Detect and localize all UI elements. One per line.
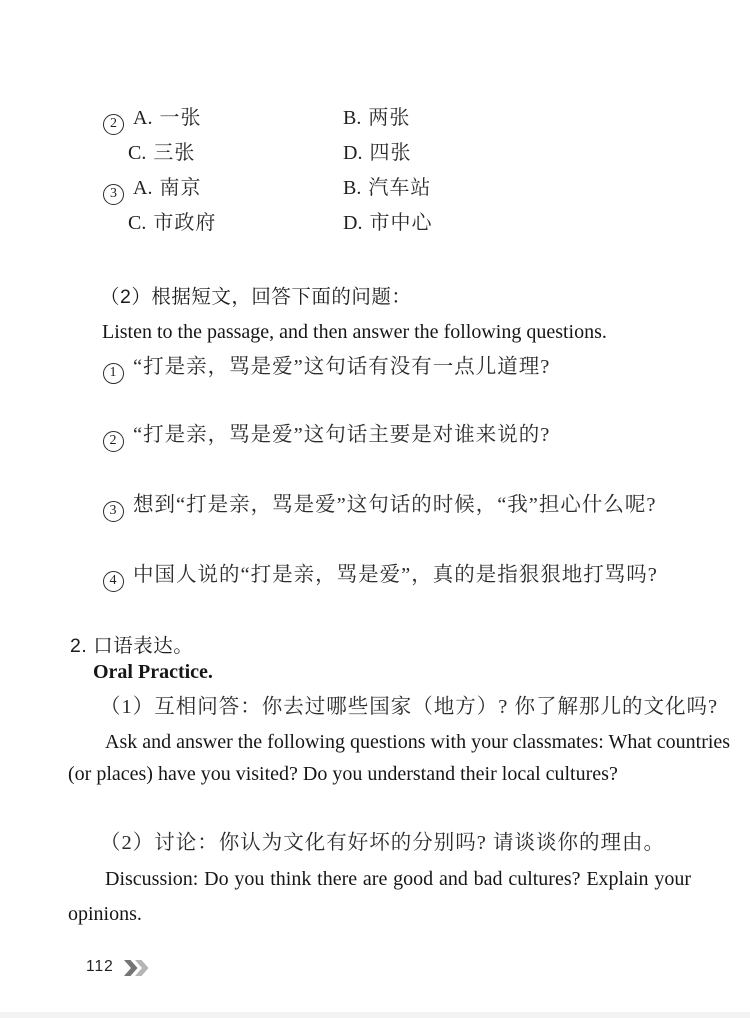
circled-number-text: 3 xyxy=(110,187,117,201)
choice-cell-q3-d: D.市中心 xyxy=(343,210,432,236)
circled-number-1: 1 xyxy=(103,363,124,384)
oral-section-heading: 2. 口语表达。 xyxy=(70,634,193,658)
option-label: D. xyxy=(343,212,362,234)
textbook-page: 2A.一张 B.两张 C.三张 D.四张 3A.南京 B.汽车站 C.市政府 D… xyxy=(0,0,750,1018)
option-text: 南京 xyxy=(159,177,201,199)
option-text: 市中心 xyxy=(369,212,432,234)
choice-cell-q2-d: D.四张 xyxy=(343,140,411,166)
question-text: 想到“打是亲，骂是爱”这句话的时候，“我”担心什么呢? xyxy=(133,494,657,516)
option-label: B. xyxy=(343,177,361,199)
choice-cell-q2-c: C.三张 xyxy=(128,140,195,166)
option-text: 三张 xyxy=(153,142,195,164)
choice-row-q3-ab: 3A.南京 xyxy=(103,175,201,205)
choice-cell-q3-b: B.汽车站 xyxy=(343,175,431,201)
page-bottom-edge xyxy=(0,1012,750,1018)
question-text: “打是亲，骂是爱”这句话主要是对谁来说的? xyxy=(133,424,550,446)
oral-task1-cn: （1）互相问答：你去过哪些国家（地方）? 你了解那儿的文化吗? xyxy=(100,694,718,720)
oral-task2-cn: （2）讨论：你认为文化有好坏的分别吗? 请谈谈你的理由。 xyxy=(100,830,665,856)
option-label: B. xyxy=(343,107,361,129)
option-label: C. xyxy=(128,212,146,234)
option-text: 两张 xyxy=(368,107,410,129)
choice-cell-q2-b: B.两张 xyxy=(343,105,410,131)
section-title-cn: 口语表达。 xyxy=(93,635,193,657)
page-number: 112 xyxy=(86,958,114,976)
option-label: D. xyxy=(343,142,362,164)
circled-number-text: 2 xyxy=(110,434,118,448)
oral-task1-en-line1: Ask and answer the following questions w… xyxy=(105,730,691,755)
circled-number-3: 3 xyxy=(103,184,124,205)
option-text: 汽车站 xyxy=(368,177,431,199)
oral-task1-en-line2: (or places) have you visited? Do you und… xyxy=(68,762,618,787)
choice-row-q2-ab: 2A.一张 xyxy=(103,105,201,135)
oral-task2-en-line1: Discussion: Do you think there are good … xyxy=(105,867,691,892)
option-text: 一张 xyxy=(159,107,201,129)
oral-task2-en-line2: opinions. xyxy=(68,902,142,927)
choice-cell-q3-c: C.市政府 xyxy=(128,210,216,236)
oral-section-title-en: Oral Practice. xyxy=(93,660,213,685)
option-label: A. xyxy=(133,177,152,199)
listening-question-1: 1“打是亲，骂是爱”这句话有没有一点儿道理? xyxy=(103,354,550,384)
circled-number-text: 3 xyxy=(110,504,118,518)
option-label: C. xyxy=(128,142,146,164)
listening-question-3: 3想到“打是亲，骂是爱”这句话的时候，“我”担心什么呢? xyxy=(103,492,657,522)
circled-number-text: 1 xyxy=(110,366,118,380)
circled-number-4: 4 xyxy=(103,571,124,592)
circled-number-text: 2 xyxy=(110,117,117,131)
section-number: 2. xyxy=(70,635,87,657)
chevron-dark xyxy=(124,960,138,976)
question-text: “打是亲，骂是爱”这句话有没有一点儿道理? xyxy=(133,356,550,378)
circled-number-3: 3 xyxy=(103,501,124,522)
double-chevron-icon xyxy=(123,960,150,981)
listening-question-4: 4中国人说的“打是亲，骂是爱”，真的是指狠狠地打骂吗? xyxy=(103,562,658,592)
circled-number-text: 4 xyxy=(110,574,118,588)
double-chevron-svg xyxy=(123,960,150,976)
circled-number-2: 2 xyxy=(103,114,124,135)
option-label: A. xyxy=(133,107,152,129)
question-text: 中国人说的“打是亲，骂是爱”，真的是指狠狠地打骂吗? xyxy=(133,564,658,586)
circled-number-2: 2 xyxy=(103,431,124,452)
option-text: 市政府 xyxy=(153,212,216,234)
listening-heading-cn: （2）根据短文，回答下面的问题： xyxy=(100,285,411,309)
listening-question-2: 2“打是亲，骂是爱”这句话主要是对谁来说的? xyxy=(103,422,550,452)
option-text: 四张 xyxy=(369,142,411,164)
listening-heading-en: Listen to the passage, and then answer t… xyxy=(102,320,607,345)
